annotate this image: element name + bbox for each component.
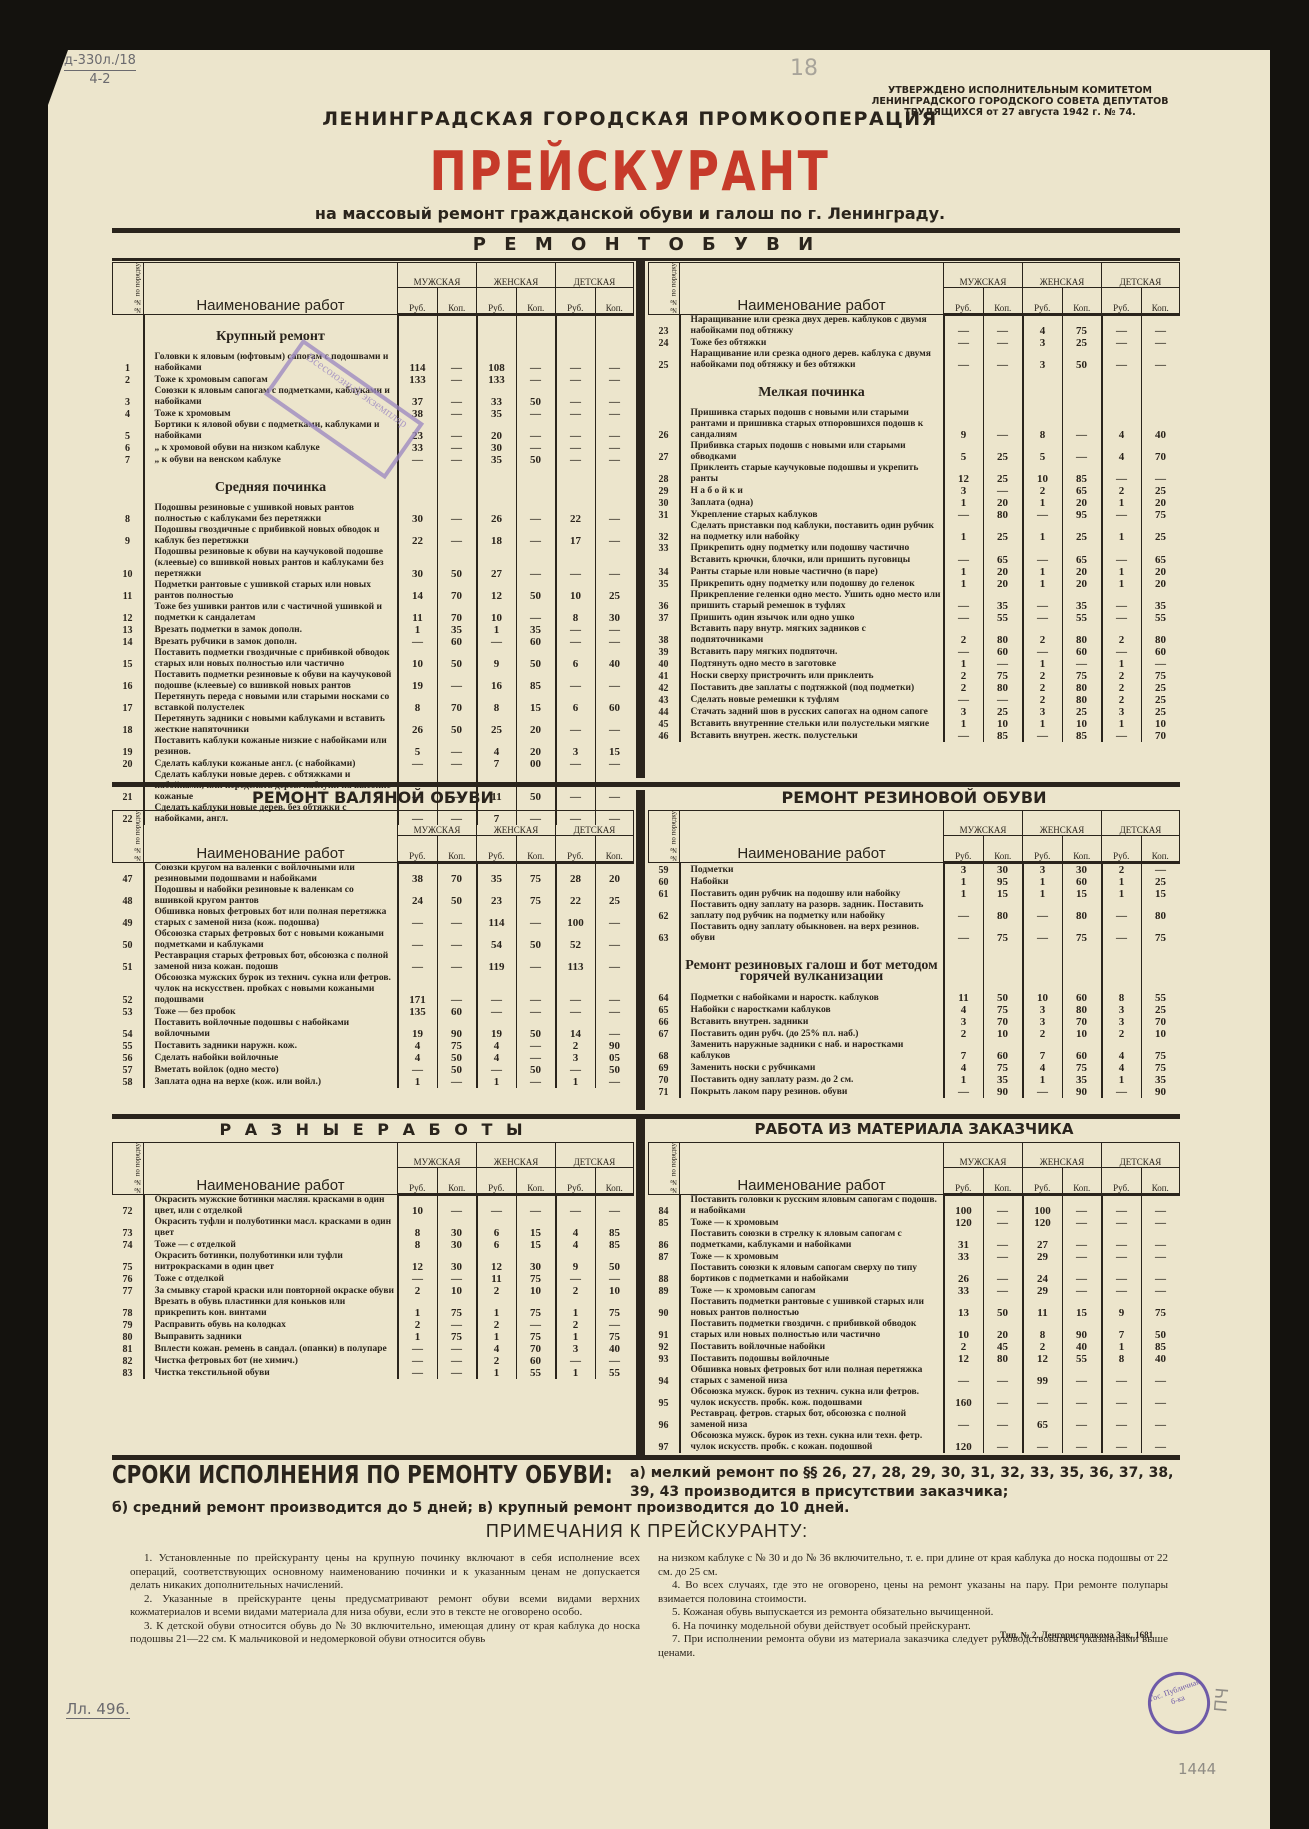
price-childrens-rub: — xyxy=(1102,730,1142,742)
price-mens-rub: 133 xyxy=(398,374,438,386)
price-childrens-rub: — xyxy=(556,420,596,442)
price-childrens-rub: 1 xyxy=(1102,658,1142,670)
price-womens-rub: 2 xyxy=(1023,682,1063,694)
price-mens-kop: — xyxy=(983,1431,1023,1453)
price-childrens-kop: 60 xyxy=(1141,646,1180,658)
item-number: 19 xyxy=(113,736,144,758)
price-womens-rub: — xyxy=(477,973,517,1006)
table-row: 33Прикрепить одну подметку или подошву ч… xyxy=(649,543,1180,554)
price-mens-rub: 30 xyxy=(398,503,438,525)
work-name: Набойки xyxy=(680,876,944,888)
price-mens-kop: 10 xyxy=(983,718,1023,730)
price-womens-kop: 50 xyxy=(516,386,556,408)
price-childrens-rub: 1 xyxy=(556,1297,596,1319)
price-childrens-kop: — xyxy=(1141,1263,1180,1285)
price-childrens-rub: 2 xyxy=(1102,1028,1142,1040)
price-womens-kop: — xyxy=(1062,1251,1102,1263)
price-mens-rub: 19 xyxy=(398,670,438,692)
divider xyxy=(112,228,1180,233)
price-mens-rub: 31 xyxy=(944,1229,984,1251)
price-womens-kop: 75 xyxy=(516,1273,556,1285)
price-mens-kop: — xyxy=(437,503,477,525)
price-mens-rub: 5 xyxy=(944,441,984,463)
price-womens-kop: 70 xyxy=(516,1343,556,1355)
work-name: Чистка текстильной обуви xyxy=(144,1367,398,1379)
price-childrens-rub: — xyxy=(1102,900,1142,922)
price-childrens-kop: — xyxy=(595,442,634,454)
price-womens-kop: 20 xyxy=(516,714,556,736)
price-womens-rub: 5 xyxy=(1023,441,1063,463)
item-number: 13 xyxy=(113,624,144,636)
price-mens-rub: 12 xyxy=(944,463,984,485)
price-childrens-kop: — xyxy=(595,1018,634,1040)
price-mens-kop: — xyxy=(983,1229,1023,1251)
price-childrens-rub xyxy=(1102,543,1142,554)
table-row: 85Тоже — к хромовым120—120——— xyxy=(649,1217,1180,1229)
work-name: Поставить войлочные набойки xyxy=(680,1341,944,1353)
work-name: Сделать каблуки кожаные англ. (с набойка… xyxy=(144,758,398,770)
subsection-heading-row: Ремонт резиновых галош и бот методом гор… xyxy=(649,944,1180,992)
item-number: 16 xyxy=(113,670,144,692)
table-row: 82Чистка фетровых бот (не химич.)——260—— xyxy=(113,1355,634,1367)
price-womens-rub: 1 xyxy=(477,1297,517,1319)
table-row: 13Врезать подметки в замок дополн.135135… xyxy=(113,624,634,636)
work-name: Подошвы резиновые к обуви на каучуковой … xyxy=(144,547,398,580)
price-womens-kop: 75 xyxy=(516,1297,556,1319)
table-row: 97Обсоюзка мужск. бурок из техн. сукна и… xyxy=(649,1431,1180,1453)
item-number: 1 xyxy=(113,352,144,374)
price-childrens-kop: — xyxy=(1141,1431,1180,1453)
price-childrens-kop: — xyxy=(1141,1387,1180,1409)
price-childrens-kop xyxy=(1141,543,1180,554)
price-mens-rub: 1 xyxy=(398,624,438,636)
work-name: Тоже — к хромовым xyxy=(680,1251,944,1263)
item-number: 59 xyxy=(649,863,680,877)
price-childrens-rub: 1 xyxy=(1102,876,1142,888)
price-mens-kop: — xyxy=(983,1285,1023,1297)
price-childrens-rub: — xyxy=(1102,349,1142,371)
table-row: 64Подметки с набойками и наростк. каблук… xyxy=(649,992,1180,1004)
table-row: 8Подошвы резиновые с ушивкой новых ранто… xyxy=(113,503,634,525)
price-childrens-rub: 1 xyxy=(1102,566,1142,578)
price-table-rubber: №№ по порядку Наименование работ МУЖСКАЯ… xyxy=(648,810,1180,1098)
item-number: 66 xyxy=(649,1016,680,1028)
price-childrens-rub: — xyxy=(1102,315,1142,338)
item-number: 69 xyxy=(649,1062,680,1074)
price-womens-rub: 3 xyxy=(1023,863,1063,877)
table-row: 60Набойки195160125 xyxy=(649,876,1180,888)
price-childrens-rub: 4 xyxy=(1102,408,1142,441)
price-mens-kop: 70 xyxy=(437,863,477,886)
table-row: 23Наращивание или срезка двух дерев. каб… xyxy=(649,315,1180,338)
price-mens-rub: 1 xyxy=(398,1297,438,1319)
price-mens-rub: 1 xyxy=(944,566,984,578)
work-name: Н а б о й к и xyxy=(680,485,944,497)
price-childrens-rub: 3 xyxy=(556,1052,596,1064)
price-womens-rub: 10 xyxy=(1023,992,1063,1004)
item-number: 53 xyxy=(113,1006,144,1018)
price-womens-kop: 55 xyxy=(516,1367,556,1379)
price-mens-kop: — xyxy=(437,352,477,374)
price-womens-rub: 12 xyxy=(1023,1353,1063,1365)
work-name: Поставить одну заплату разм. до 2 см. xyxy=(680,1074,944,1086)
item-number: 60 xyxy=(649,876,680,888)
note-2: 2. Указанные в прейскуранте цены предусм… xyxy=(130,1593,640,1620)
price-childrens-rub: 2 xyxy=(1102,694,1142,706)
price-mens-rub xyxy=(944,543,984,554)
price-childrens-kop: — xyxy=(595,420,634,442)
work-name: Реставрация старых фетровых бот, обсоюзк… xyxy=(144,951,398,973)
price-mens-rub: 38 xyxy=(398,863,438,886)
price-childrens-rub: 1 xyxy=(556,1367,596,1379)
price-childrens-rub: — xyxy=(1102,1387,1142,1409)
price-childrens-kop: — xyxy=(595,1273,634,1285)
price-womens-rub: 1 xyxy=(1023,876,1063,888)
price-childrens-rub: — xyxy=(1102,922,1142,944)
item-number: 10 xyxy=(113,547,144,580)
price-womens-rub: 2 xyxy=(1023,485,1063,497)
work-name: Подтянуть одно место в заготовке xyxy=(680,658,944,670)
price-childrens-rub: 1 xyxy=(1102,497,1142,509)
price-womens-kop: — xyxy=(516,602,556,624)
price-childrens-kop: — xyxy=(595,929,634,951)
price-mens-kop: — xyxy=(437,1343,477,1355)
item-number: 14 xyxy=(113,636,144,648)
price-mens-kop: 75 xyxy=(437,1297,477,1319)
price-womens-kop: — xyxy=(1062,1387,1102,1409)
note-4: 4. Во всех случаях, где это не оговорено… xyxy=(658,1579,1168,1606)
price-mens-rub: — xyxy=(944,1409,984,1431)
table-row: 44Стачать задний шов в русских сапогах н… xyxy=(649,706,1180,718)
price-childrens-rub: — xyxy=(556,1195,596,1218)
price-childrens-kop: 80 xyxy=(1141,624,1180,646)
price-womens-rub: 24 xyxy=(1023,1263,1063,1285)
price-womens-kop: — xyxy=(516,352,556,374)
price-womens-rub: 26 xyxy=(477,503,517,525)
table-row: 2Тоже к хромовым сапогам133—133——— xyxy=(113,374,634,386)
item-number: 48 xyxy=(113,885,144,907)
table-row: 54Поставить войлочные подошвы с набойкам… xyxy=(113,1018,634,1040)
price-womens-kop: — xyxy=(1062,408,1102,441)
price-mens-kop: — xyxy=(983,694,1023,706)
price-womens-kop: 75 xyxy=(1062,670,1102,682)
price-mens-kop: 80 xyxy=(983,509,1023,521)
table-row: 73Окрасить туфли и полуботинки масл. кра… xyxy=(113,1217,634,1239)
subsection-heading: Мелкая починка xyxy=(680,371,944,408)
price-womens-rub: 3 xyxy=(1023,1004,1063,1016)
price-childrens-kop: 85 xyxy=(1141,1341,1180,1353)
price-womens-rub: 27 xyxy=(1023,1229,1063,1251)
price-mens-rub: 37 xyxy=(398,386,438,408)
item-number: 20 xyxy=(113,758,144,770)
table-row: 86Поставить союзки в стрелку к яловым са… xyxy=(649,1229,1180,1251)
price-childrens-kop: — xyxy=(1141,863,1180,877)
work-name: Сделать набойки войлочные xyxy=(144,1052,398,1064)
item-number: 45 xyxy=(649,718,680,730)
price-womens-rub: 99 xyxy=(1023,1365,1063,1387)
item-number: 33 xyxy=(649,543,680,554)
price-mens-rub: 1 xyxy=(944,718,984,730)
price-childrens-kop: — xyxy=(1141,463,1180,485)
table-row: 25Наращивание или срезка одного дерев. к… xyxy=(649,349,1180,371)
price-childrens-rub: — xyxy=(1102,1086,1142,1098)
divider xyxy=(112,782,1180,787)
work-name: Окрасить туфли и полуботинки масл. краск… xyxy=(144,1217,398,1239)
price-womens-rub: 133 xyxy=(477,374,517,386)
price-womens-kop: 25 xyxy=(1062,706,1102,718)
price-childrens-rub: — xyxy=(556,454,596,466)
table-row: 42Поставить две заплаты с подтяжкой (под… xyxy=(649,682,1180,694)
price-mens-kop: — xyxy=(437,670,477,692)
work-name: Поставить одну заплату на разорв. задник… xyxy=(680,900,944,922)
table-row: 30Заплата (одна)120120120 xyxy=(649,497,1180,509)
table-row: 62Поставить одну заплату на разорв. задн… xyxy=(649,900,1180,922)
price-mens-rub: 11 xyxy=(944,992,984,1004)
price-childrens-rub: 3 xyxy=(1102,706,1142,718)
price-childrens-rub: 1 xyxy=(1102,578,1142,590)
price-mens-rub: 4 xyxy=(944,1004,984,1016)
price-mens-kop: 50 xyxy=(437,547,477,580)
section-title-rubber: РЕМОНТ РЕЗИНОВОЙ ОБУВИ xyxy=(648,788,1180,807)
price-childrens-kop: — xyxy=(595,907,634,929)
item-number: 83 xyxy=(113,1367,144,1379)
price-womens-rub: 33 xyxy=(477,386,517,408)
price-childrens-rub: — xyxy=(556,1006,596,1018)
price-childrens-kop: — xyxy=(1141,1409,1180,1431)
work-name: Расправить обувь на колодках xyxy=(144,1319,398,1331)
price-womens-rub: 11 xyxy=(477,1273,517,1285)
price-childrens-kop: 75 xyxy=(1141,670,1180,682)
price-childrens-kop: 70 xyxy=(1141,730,1180,742)
price-womens-rub: 12 xyxy=(477,1251,517,1273)
price-womens-rub: 16 xyxy=(477,670,517,692)
item-number: 52 xyxy=(113,973,144,1006)
price-womens-rub: 10 xyxy=(477,602,517,624)
price-childrens-rub: — xyxy=(556,408,596,420)
item-number: 5 xyxy=(113,420,144,442)
price-childrens-kop: 60 xyxy=(595,692,634,714)
table-row: 84Поставить головки к русским яловым сап… xyxy=(649,1195,1180,1218)
price-mens-kop: 60 xyxy=(437,636,477,648)
price-womens-kop: 80 xyxy=(1062,682,1102,694)
item-number: 70 xyxy=(649,1074,680,1086)
work-name: Поставить союзки к яловым сапогам сверху… xyxy=(680,1263,944,1285)
price-mens-rub: — xyxy=(398,1273,438,1285)
price-mens-rub: — xyxy=(944,900,984,922)
table-row: 79Расправить обувь на колодках2—2—2— xyxy=(113,1319,634,1331)
price-womens-rub: — xyxy=(1023,646,1063,658)
item-number: 38 xyxy=(649,624,680,646)
price-mens-kop: 80 xyxy=(983,624,1023,646)
price-womens-rub: 2 xyxy=(1023,1028,1063,1040)
item-number: 50 xyxy=(113,929,144,951)
column-divider xyxy=(636,790,645,1110)
price-mens-rub: 33 xyxy=(944,1285,984,1297)
price-mens-rub: 2 xyxy=(944,1028,984,1040)
price-mens-rub: 13 xyxy=(944,1297,984,1319)
price-mens-kop: — xyxy=(983,408,1023,441)
price-childrens-rub: 7 xyxy=(1102,1319,1142,1341)
item-number: 92 xyxy=(649,1341,680,1353)
price-womens-kop: 75 xyxy=(516,863,556,886)
price-mens-rub: 1 xyxy=(944,521,984,543)
work-name: Тоже — к хромовым сапогам xyxy=(680,1285,944,1297)
archive-shelfmark: д-330л./18 4-2 xyxy=(64,52,136,89)
price-childrens-rub: 1 xyxy=(1102,1074,1142,1086)
work-name: Окрасить мужские ботинки масляя. краскам… xyxy=(144,1195,398,1218)
note-1: 1. Установленные по прейскуранту цены на… xyxy=(130,1552,640,1593)
price-womens-rub: 29 xyxy=(1023,1285,1063,1297)
work-name: Заплата (одна) xyxy=(680,497,944,509)
price-womens-kop: 80 xyxy=(1062,694,1102,706)
price-mens-rub: 10 xyxy=(398,648,438,670)
price-childrens-rub: 2 xyxy=(556,1285,596,1297)
price-mens-kop: 75 xyxy=(983,922,1023,944)
price-childrens-kop: 20 xyxy=(1141,497,1180,509)
work-name: Поставить войлочные подошвы с набойками … xyxy=(144,1018,398,1040)
table-row: 67Поставить один рубч. (до 25% пл. наб.)… xyxy=(649,1028,1180,1040)
price-childrens-kop: 10 xyxy=(1141,1028,1180,1040)
price-mens-rub: 10 xyxy=(398,1195,438,1218)
price-mens-kop: — xyxy=(437,454,477,466)
work-name: Вставить внутрен. задники xyxy=(680,1016,944,1028)
price-womens-rub: 1 xyxy=(1023,888,1063,900)
price-womens-rub: 35 xyxy=(477,863,517,886)
price-mens-kop: — xyxy=(437,736,477,758)
price-childrens-rub: 4 xyxy=(1102,1062,1142,1074)
work-name: Тоже с отделкой xyxy=(144,1273,398,1285)
table-row: 12Тоже без ушивки рантов или с частичной… xyxy=(113,602,634,624)
price-childrens-rub: — xyxy=(556,1355,596,1367)
work-name: Поставить подметки резиновые к обуви на … xyxy=(144,670,398,692)
price-womens-rub: 2 xyxy=(477,1319,517,1331)
item-number: 87 xyxy=(649,1251,680,1263)
table-row: 27Прибивка старых подошв с новыми или ст… xyxy=(649,441,1180,463)
price-mens-rub: 8 xyxy=(398,1217,438,1239)
price-mens-rub: 1 xyxy=(944,658,984,670)
price-womens-rub: — xyxy=(1023,509,1063,521)
item-number: 37 xyxy=(649,612,680,624)
price-mens-rub: 7 xyxy=(944,1040,984,1062)
work-name: Обсоюзка старых фетровых бот с новыми ко… xyxy=(144,929,398,951)
table-row: 94Обшивка новых фетровых бот или полная … xyxy=(649,1365,1180,1387)
price-childrens-rub: — xyxy=(1102,612,1142,624)
item-number: 39 xyxy=(649,646,680,658)
item-number: 77 xyxy=(113,1285,144,1297)
price-table-major-medium: №№ по порядку Наименование работ МУЖСКАЯ… xyxy=(112,262,634,825)
table-row: 63Поставить одну заплату обыкновен. на в… xyxy=(649,922,1180,944)
work-name: Ранты старые или новые частично (в паре) xyxy=(680,566,944,578)
price-womens-kop: — xyxy=(516,951,556,973)
price-childrens-kop: — xyxy=(595,1319,634,1331)
work-name: Обшивка новых фетровых бот или полная пе… xyxy=(680,1365,944,1387)
price-womens-rub: 8 xyxy=(1023,1319,1063,1341)
price-childrens-rub: 6 xyxy=(556,692,596,714)
price-mens-rub: — xyxy=(944,1086,984,1098)
price-womens-rub: 7 xyxy=(1023,1040,1063,1062)
price-childrens-kop: 15 xyxy=(595,736,634,758)
price-womens-kop: 50 xyxy=(1062,349,1102,371)
notes-right-column: на низком каблуке с № 30 и до № 36 включ… xyxy=(658,1552,1168,1660)
work-name: Тоже без ушивки рантов или с частичной у… xyxy=(144,602,398,624)
divider xyxy=(112,1114,1180,1119)
price-childrens-rub: — xyxy=(1102,337,1142,349)
price-childrens-kop: — xyxy=(595,374,634,386)
work-name: Обсоюзка мужских бурок из технич. сукна … xyxy=(144,973,398,1006)
price-mens-rub: 4 xyxy=(398,1040,438,1052)
price-childrens-kop: 25 xyxy=(1141,682,1180,694)
price-childrens-kop: — xyxy=(1141,1195,1180,1218)
price-mens-rub: 12 xyxy=(398,1251,438,1273)
table-row: 10Подошвы резиновые к обуви на каучуково… xyxy=(113,547,634,580)
price-mens-rub: 3 xyxy=(944,485,984,497)
price-childrens-kop: — xyxy=(595,1355,634,1367)
table-row: 57Вметать войлок (одно место)—50—50—50 xyxy=(113,1064,634,1076)
price-mens-kop: 90 xyxy=(983,1086,1023,1098)
table-row: Вставить крючки, блочки, или пришить пуг… xyxy=(649,554,1180,566)
item-number: 7 xyxy=(113,454,144,466)
price-childrens-kop: 75 xyxy=(1141,1062,1180,1074)
price-mens-rub: — xyxy=(398,929,438,951)
table-row: 65Набойки с наростками каблуков475380325 xyxy=(649,1004,1180,1016)
price-mens-kop: — xyxy=(437,386,477,408)
price-womens-kop: 85 xyxy=(1062,463,1102,485)
price-childrens-kop: — xyxy=(1141,1365,1180,1387)
price-mens-kop: 80 xyxy=(983,900,1023,922)
price-mens-kop: — xyxy=(983,1365,1023,1387)
price-childrens-kop: — xyxy=(1141,1217,1180,1229)
item-number: 24 xyxy=(649,337,680,349)
item-number: 9 xyxy=(113,525,144,547)
price-womens-rub: — xyxy=(1023,730,1063,742)
work-name: Перетянуть задники с новыми каблуками и … xyxy=(144,714,398,736)
price-womens-rub: 8 xyxy=(1023,408,1063,441)
price-mens-rub: 26 xyxy=(944,1263,984,1285)
item-number: 17 xyxy=(113,692,144,714)
price-childrens-rub: — xyxy=(556,547,596,580)
work-name: Вметать войлок (одно место) xyxy=(144,1064,398,1076)
work-name: Заменить наружные задники с наб. и нарос… xyxy=(680,1040,944,1062)
price-mens-kop: — xyxy=(437,1319,477,1331)
price-mens-kop: 15 xyxy=(983,888,1023,900)
price-mens-kop: — xyxy=(437,1195,477,1218)
price-childrens-rub: 8 xyxy=(1102,992,1142,1004)
price-womens-kop: — xyxy=(516,420,556,442)
price-childrens-rub: — xyxy=(1102,1365,1142,1387)
item-number: 64 xyxy=(649,992,680,1004)
price-childrens-kop: 75 xyxy=(1141,1040,1180,1062)
price-womens-rub: 4 xyxy=(1023,315,1063,338)
price-childrens-kop: 55 xyxy=(1141,612,1180,624)
work-name: Чистка фетровых бот (не химич.) xyxy=(144,1355,398,1367)
price-childrens-rub: — xyxy=(556,670,596,692)
price-mens-rub: — xyxy=(944,315,984,338)
price-childrens-rub: 14 xyxy=(556,1018,596,1040)
table-row: 59Подметки3303302— xyxy=(649,863,1180,877)
price-childrens-kop: 80 xyxy=(1141,900,1180,922)
item-number: 11 xyxy=(113,580,144,602)
item-number: 74 xyxy=(113,1239,144,1251)
work-name: Укрепление старых каблуков xyxy=(680,509,944,521)
work-name: Вплести кожан. ремень в сандал. (опанки)… xyxy=(144,1343,398,1355)
table-row: 96Реставрац. фетров. старых бот, обсоюзк… xyxy=(649,1409,1180,1431)
price-childrens-rub: 1 xyxy=(1102,718,1142,730)
price-womens-rub: 20 xyxy=(477,420,517,442)
column-divider xyxy=(636,258,645,778)
item-number: 12 xyxy=(113,602,144,624)
price-childrens-rub: 3 xyxy=(556,1343,596,1355)
item-number: 27 xyxy=(649,441,680,463)
